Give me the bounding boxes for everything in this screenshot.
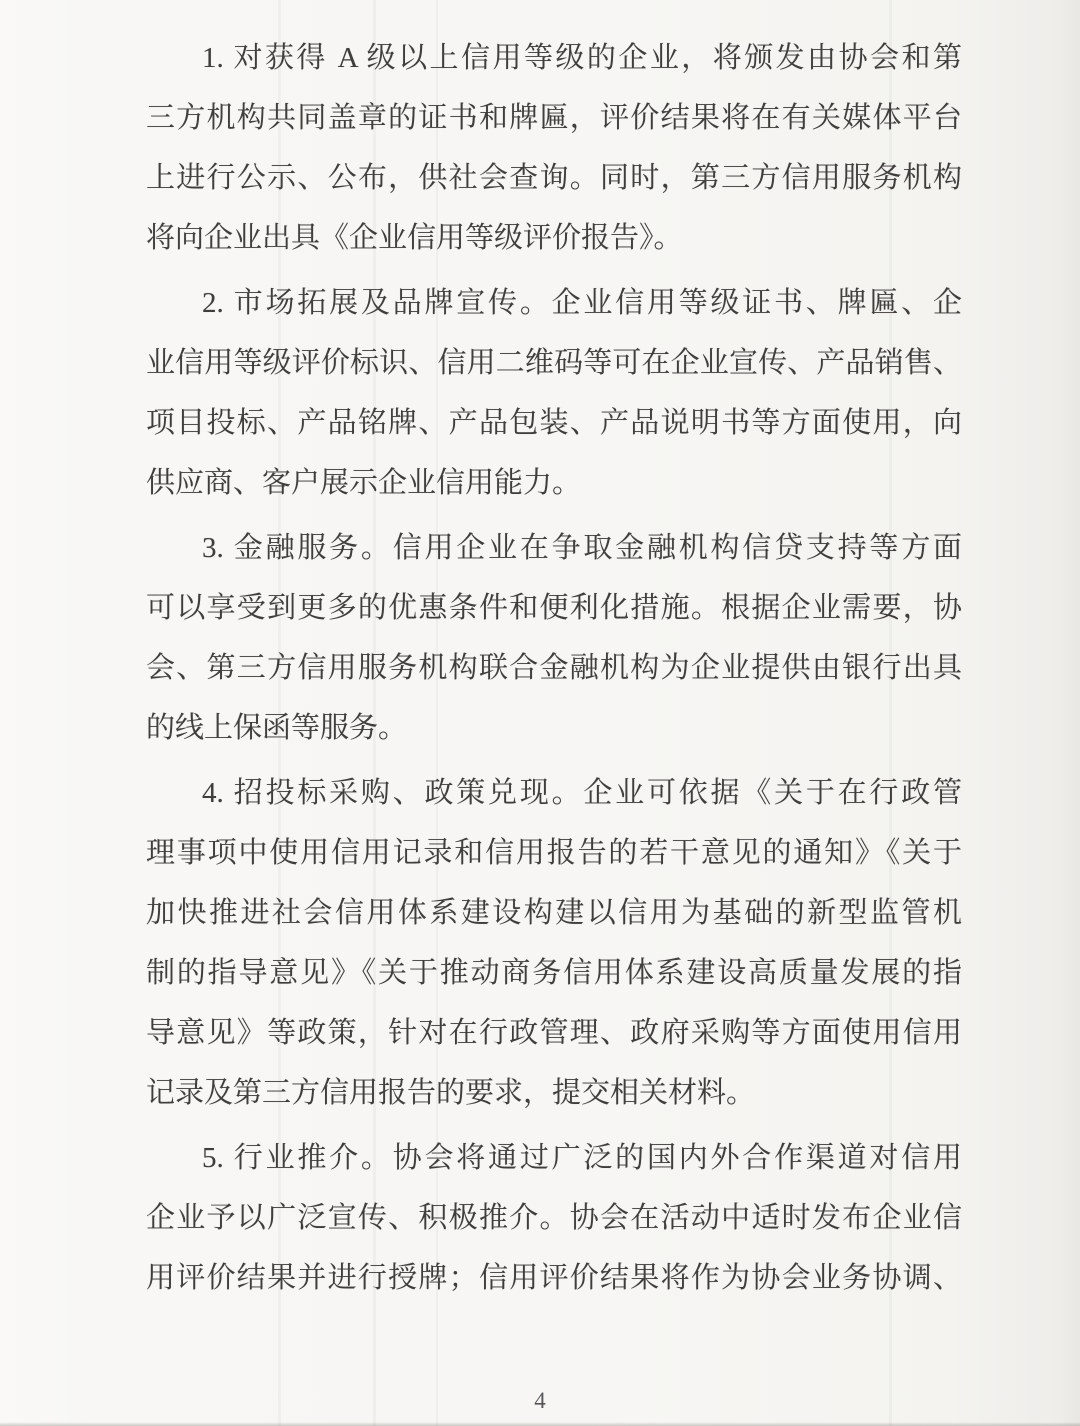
text-line: 企业予以广泛宣传、积极推介。协会在活动中适时发布企业信	[146, 1188, 962, 1248]
scanned-document: { "document": { "page_number": "4", "par…	[0, 0, 1080, 1426]
text-line: 会、第三方信用服务机构联合金融机构为企业提供由银行出具	[146, 638, 962, 698]
text-line: 可以享受到更多的优惠条件和便利化措施。根据企业需要，协	[146, 578, 962, 638]
text-line: 用评价结果并进行授牌；信用评价结果将作为协会业务协调、	[146, 1248, 962, 1308]
text-line: 2. 市场拓展及品牌宣传。企业信用等级证书、牌匾、企	[146, 273, 962, 333]
paragraph: 3. 金融服务。信用企业在争取金融机构信贷支持等方面可以享受到更多的优惠条件和便…	[146, 518, 962, 758]
page-number: 4	[0, 1388, 1080, 1414]
text-line: 将向企业出具《企业信用等级评价报告》。	[146, 208, 962, 268]
text-line: 业信用等级评价标识、信用二维码等可在企业宣传、产品销售、	[146, 333, 962, 393]
text-line: 5. 行业推介。协会将通过广泛的国内外合作渠道对信用	[146, 1128, 962, 1188]
scan-edge-shadow	[0, 1422, 1080, 1426]
text-line: 记录及第三方信用报告的要求，提交相关材料。	[146, 1063, 962, 1123]
paragraph: 2. 市场拓展及品牌宣传。企业信用等级证书、牌匾、企业信用等级评价标识、信用二维…	[146, 273, 962, 513]
text-line: 项目投标、产品铭牌、产品包装、产品说明书等方面使用，向	[146, 393, 962, 453]
text-line: 理事项中使用信用记录和信用报告的若干意见的通知》《关于	[146, 823, 962, 883]
text-line: 制的指导意见》《关于推动商务信用体系建设高质量发展的指	[146, 943, 962, 1003]
paragraph: 5. 行业推介。协会将通过广泛的国内外合作渠道对信用企业予以广泛宣传、积极推介。…	[146, 1128, 962, 1308]
text-line: 三方机构共同盖章的证书和牌匾，评价结果将在有关媒体平台	[146, 88, 962, 148]
text-line: 加快推进社会信用体系建设构建以信用为基础的新型监管机	[146, 883, 962, 943]
paragraph: 1. 对获得 A 级以上信用等级的企业，将颁发由协会和第三方机构共同盖章的证书和…	[146, 28, 962, 268]
document-page: 1. 对获得 A 级以上信用等级的企业，将颁发由协会和第三方机构共同盖章的证书和…	[0, 0, 1080, 1426]
text-line: 导意见》等政策，针对在行政管理、政府采购等方面使用信用	[146, 1003, 962, 1063]
paragraph: 4. 招投标采购、政策兑现。企业可依据《关于在行政管理事项中使用信用记录和信用报…	[146, 763, 962, 1123]
text-line: 的线上保函等服务。	[146, 698, 962, 758]
document-body: 1. 对获得 A 级以上信用等级的企业，将颁发由协会和第三方机构共同盖章的证书和…	[146, 28, 962, 1308]
text-line: 供应商、客户展示企业信用能力。	[146, 453, 962, 513]
text-line: 4. 招投标采购、政策兑现。企业可依据《关于在行政管	[146, 763, 962, 823]
text-line: 3. 金融服务。信用企业在争取金融机构信贷支持等方面	[146, 518, 962, 578]
text-line: 1. 对获得 A 级以上信用等级的企业，将颁发由协会和第	[146, 28, 962, 88]
text-line: 上进行公示、公布，供社会查询。同时，第三方信用服务机构	[146, 148, 962, 208]
